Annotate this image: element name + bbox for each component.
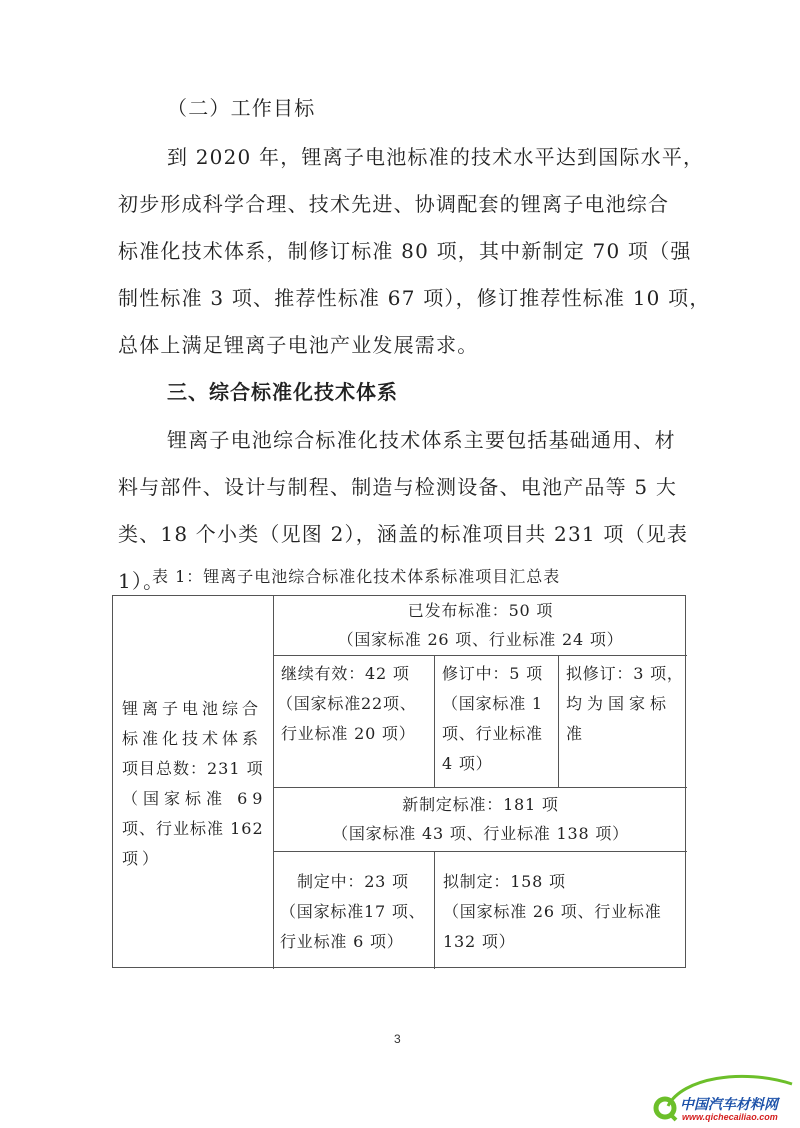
watermark-logo: 中国汽车材料网 www.qichecailiao.com bbox=[652, 1070, 797, 1125]
cell-text: （国家标准 1 bbox=[442, 689, 558, 719]
para-line: 锂离子电池综合标准化技术体系主要包括基础通用、材 bbox=[167, 428, 676, 452]
cell-still-valid: 继续有效：42 项 （国家标准22项、 行业标准 20 项） bbox=[281, 659, 433, 749]
divider bbox=[434, 655, 435, 787]
cell-text: 项） bbox=[122, 844, 270, 874]
cell-planned: 拟制定：158 项 （国家标准 26 项、行业标准 132 项） bbox=[443, 867, 685, 957]
para-line: 标准化技术体系，制修订标准 80 项，其中新制定 70 项（强 bbox=[118, 239, 692, 263]
section-3-heading: 三、综合标准化技术体系 bbox=[167, 380, 398, 404]
para-line: 料与部件、设计与制程、制造与检测设备、电池产品等 5 大 bbox=[118, 475, 677, 499]
divider bbox=[273, 851, 687, 852]
cell-drafting: 制定中：23 项 （国家标准17 项、 行业标准 6 项） bbox=[280, 867, 434, 957]
section-2-heading: （二）工作目标 bbox=[167, 96, 315, 120]
watermark-url: www.qichecailiao.com bbox=[682, 1112, 778, 1122]
cell-text: 拟制定：158 项 bbox=[443, 867, 685, 897]
cell-text: 4 项） bbox=[442, 749, 558, 779]
cell-text: （国家标准22项、 bbox=[277, 689, 433, 719]
para-line: 到 2020 年，锂离子电池标准的技术水平达到国际水平， bbox=[167, 145, 704, 169]
cell-text: 行业标准 6 项） bbox=[280, 927, 434, 957]
para-line: 制性标准 3 项、推荐性标准 67 项），修订推荐性标准 10 项， bbox=[118, 286, 711, 310]
cell-text: （国家标准17 项、 bbox=[280, 897, 434, 927]
cell-text: （国家标准 26 项、行业标准 24 项） bbox=[274, 625, 687, 654]
divider bbox=[273, 787, 687, 788]
cell-text: 标准化技术体系 bbox=[122, 724, 270, 754]
cell-text: （国家标准 43 项、行业标准 138 项） bbox=[274, 819, 687, 848]
cell-text: 项、行业标准 bbox=[442, 719, 558, 749]
cell-text: 锂离子电池综合 bbox=[122, 694, 270, 724]
cell-text: 修订中：5 项 bbox=[442, 659, 558, 689]
para-line: 初步形成科学合理、技术先进、协调配套的锂离子电池综合 bbox=[118, 192, 669, 216]
cell-text: 均为国家标 bbox=[566, 689, 684, 719]
cell-text: （国家标准 26 项、行业标准 bbox=[443, 897, 685, 927]
cell-text: 新制定标准：181 项 bbox=[274, 790, 687, 819]
cell-total: 锂离子电池综合 标准化技术体系 项目总数：231 项 （国家标准 69 项、行业… bbox=[122, 694, 270, 874]
cell-text: 行业标准 20 项） bbox=[281, 719, 433, 749]
cell-text: 132 项） bbox=[443, 927, 685, 957]
cell-text: 准 bbox=[566, 719, 684, 749]
cell-text: 已发布标准：50 项 bbox=[274, 596, 687, 625]
cell-under-revision: 修订中：5 项 （国家标准 1 项、行业标准 4 项） bbox=[442, 659, 558, 779]
divider bbox=[558, 655, 559, 787]
cell-text: 项、行业标准 162 bbox=[122, 814, 270, 844]
cell-text: 项目总数：231 项 bbox=[122, 754, 270, 784]
summary-table: 锂离子电池综合 标准化技术体系 项目总数：231 项 （国家标准 69 项、行业… bbox=[112, 595, 686, 968]
cell-text: 继续有效：42 项 bbox=[281, 659, 433, 689]
cell-text: 拟修订：3 项， bbox=[566, 659, 684, 689]
cell-new: 新制定标准：181 项 （国家标准 43 项、行业标准 138 项） bbox=[274, 790, 687, 848]
para-line: 类、18 个小类（见图 2），涵盖的标准项目共 231 项（见表 bbox=[118, 522, 688, 546]
cell-to-revise: 拟修订：3 项， 均为国家标 准 bbox=[566, 659, 684, 749]
table-caption: 表 1：锂离子电池综合标准化技术体系标准项目汇总表 bbox=[152, 567, 560, 587]
watermark-name: 中国汽车材料网 bbox=[680, 1094, 778, 1114]
cell-text: （国家标准 69 bbox=[122, 784, 270, 814]
para-line: 总体上满足锂离子电池产业发展需求。 bbox=[118, 333, 478, 357]
cell-published: 已发布标准：50 项 （国家标准 26 项、行业标准 24 项） bbox=[274, 596, 687, 654]
divider bbox=[273, 655, 687, 656]
cell-text: 制定中：23 项 bbox=[280, 867, 434, 897]
divider bbox=[434, 851, 435, 969]
page-number: 3 bbox=[394, 1032, 401, 1046]
